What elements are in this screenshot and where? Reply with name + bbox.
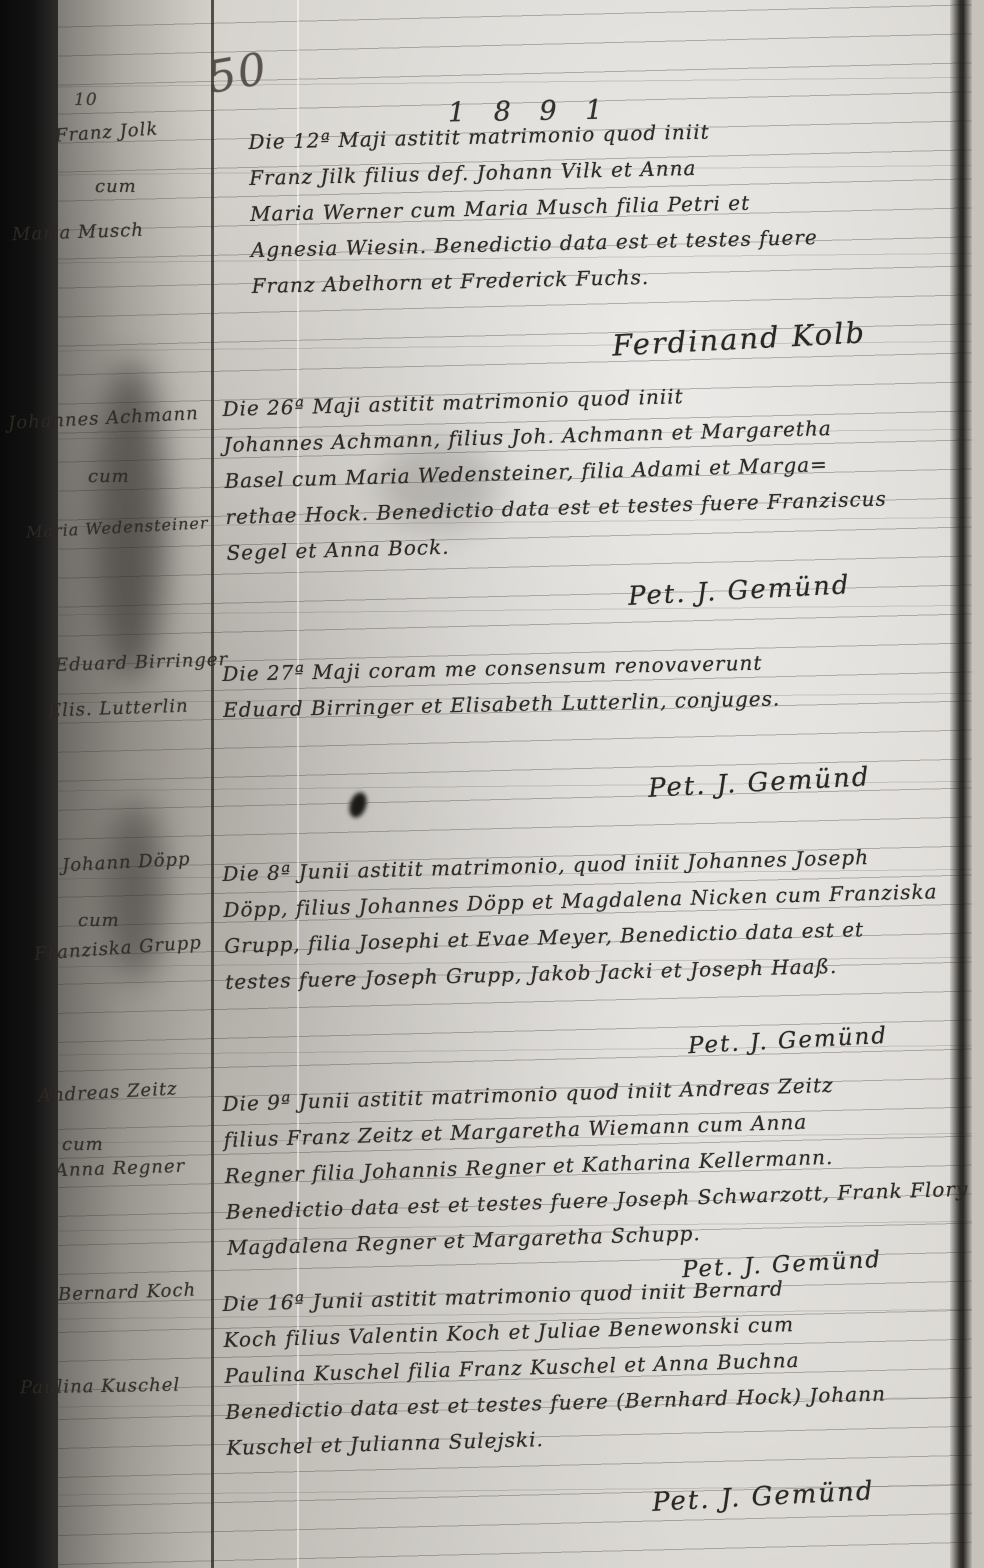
entry-line: Kuschel et Julianna Sulejski. [226, 1409, 967, 1466]
margin-cum: cum [95, 176, 137, 197]
margin-name-bride: Franziska Grupp [33, 932, 202, 965]
entry-line: Die 26ª Maji astitit matrimonio quod ini… [222, 370, 963, 427]
entry-line: Paulina Kuschel filia Franz Kuschel et A… [224, 1337, 965, 1394]
entry-body: Die 8ª Junii astitit matrimonio, quod in… [222, 837, 966, 1000]
margin-name-groom: Franz Jolk [54, 118, 159, 146]
ink-smudge [95, 360, 165, 680]
book-gutter-shadow [0, 0, 58, 1568]
margin-name-groom: Andreas Zeitz [38, 1078, 179, 1106]
left-smudge-band [58, 0, 218, 1568]
entry-line: Johannes Achmann, filius Joh. Achmann et… [223, 406, 964, 463]
entry-body: Die 16ª Junii astitit matrimonio quod in… [222, 1265, 967, 1466]
priest-signature: Pet. J. Gemünd [651, 1476, 875, 1518]
entry-line: Maria Werner cum Maria Musch filia Petri… [250, 179, 984, 232]
entry-line: Franz Abelhorn et Frederick Fuchs. [251, 251, 984, 304]
entry-body: Die 26ª Maji astitit matrimonio quod ini… [222, 370, 967, 571]
year-heading: 1 8 9 1 [448, 95, 613, 129]
ink-blot [346, 790, 369, 820]
margin-name-groom: Bernard Koch [58, 1280, 197, 1306]
ink-smudge [105, 800, 165, 980]
right-edge-rule [950, 0, 972, 1568]
scan-scratch-line [297, 0, 299, 1568]
entry-line: Grupp, filia Josephi et Evae Meyer, Bene… [224, 909, 965, 964]
margin-rule-line [211, 0, 214, 1568]
entry-line: Benedictio data est et testes fuere Jose… [225, 1171, 966, 1230]
margin-name-husband: Eduard Birringer [55, 649, 229, 676]
priest-signature: Ferdinand Kolb [611, 315, 866, 362]
marriage-entry-3: Eduard Birringer Elis. Lutterlin Die 27ª… [0, 0, 984, 1568]
entry-body: Die 12ª Maji astitit matrimonio quod ini… [248, 107, 984, 304]
entry-line: Die 16ª Junii astitit matrimonio quod in… [222, 1265, 963, 1322]
margin-cum: cum [62, 1134, 104, 1155]
priest-signature: Pet. J. Gemünd [687, 1023, 888, 1059]
entry-line: Koch filius Valentin Koch et Juliae Bene… [223, 1301, 964, 1358]
marriage-entry-1: Franz Jolk cum Maria Musch Die 12ª Maji … [0, 0, 984, 1568]
margin-cum: cum [88, 466, 130, 487]
margin-cum: cum [78, 910, 120, 931]
ink-smudge [380, 440, 500, 530]
priest-signature: Pet. J. Gemünd [647, 762, 871, 804]
entry-line: rethae Hock. Benedictio data est et test… [225, 478, 966, 535]
margin-name-bride: Anna Regner [55, 1156, 186, 1182]
entry-line: Magdalena Regner et Margaretha Schupp. [227, 1207, 968, 1266]
margin-name-groom: Johann Döpp [62, 849, 192, 877]
register-page-scan: 50 10 1 8 9 1 Franz Jolk cum Maria Musch… [0, 0, 984, 1568]
marriage-entry-6: Bernard Koch Paulina Kuschel Die 16ª Jun… [0, 0, 984, 1568]
page-number: 50 [204, 43, 272, 104]
entry-line: Die 8ª Junii astitit matrimonio, quod in… [222, 837, 963, 892]
margin-name-wife: Elis. Lutterlin [48, 696, 189, 722]
ruled-lines [0, 0, 984, 1568]
page-right-edge [972, 0, 984, 1568]
entry-line: Benedictio data est et testes fuere (Ber… [225, 1373, 966, 1430]
entry-line: filius Franz Zeitz et Margaretha Wiemann… [223, 1099, 964, 1158]
entry-line: Die 12ª Maji astitit matrimonio quod ini… [248, 107, 984, 160]
folio-number: 10 [74, 90, 98, 110]
entry-line: Regner filia Johannis Regner et Katharin… [224, 1135, 965, 1194]
entry-line: Segel et Anna Bock. [226, 514, 967, 571]
entry-line: Agnesia Wiesin. Benedictio data est et t… [250, 215, 984, 268]
entry-line: testes fuere Joseph Grupp, Jakob Jacki e… [225, 945, 966, 1000]
entry-line: Eduard Birringer et Elisabeth Lutterlin,… [223, 676, 964, 727]
entry-line: Franz Jilk filius def. Johann Vilk et An… [249, 143, 984, 196]
priest-signature: Pet. J. Gemünd [627, 570, 851, 612]
entry-line: Die 27ª Maji coram me consensum renovave… [222, 641, 963, 692]
entry-line: Döpp, filius Johannes Döpp et Magdalena … [223, 873, 964, 928]
entry-body: Die 9ª Junii astitit matrimonio quod ini… [222, 1063, 967, 1266]
entry-line: Basel cum Maria Wedensteiner, filia Adam… [224, 442, 965, 499]
marriage-entry-5: Andreas Zeitz cum Anna Regner Die 9ª Jun… [0, 0, 984, 1568]
marriage-entry-4: Johann Döpp cum Franziska Grupp Die 8ª J… [0, 0, 984, 1568]
marriage-entry-2: Johannes Achmann cum Maria Wedensteiner … [0, 0, 984, 1568]
entry-body: Die 27ª Maji coram me consensum renovave… [222, 641, 963, 728]
paper-mottle [0, 0, 984, 1568]
entry-line: Die 9ª Junii astitit matrimonio quod ini… [222, 1063, 963, 1122]
priest-signature: Pet. J. Gemünd [681, 1247, 882, 1283]
